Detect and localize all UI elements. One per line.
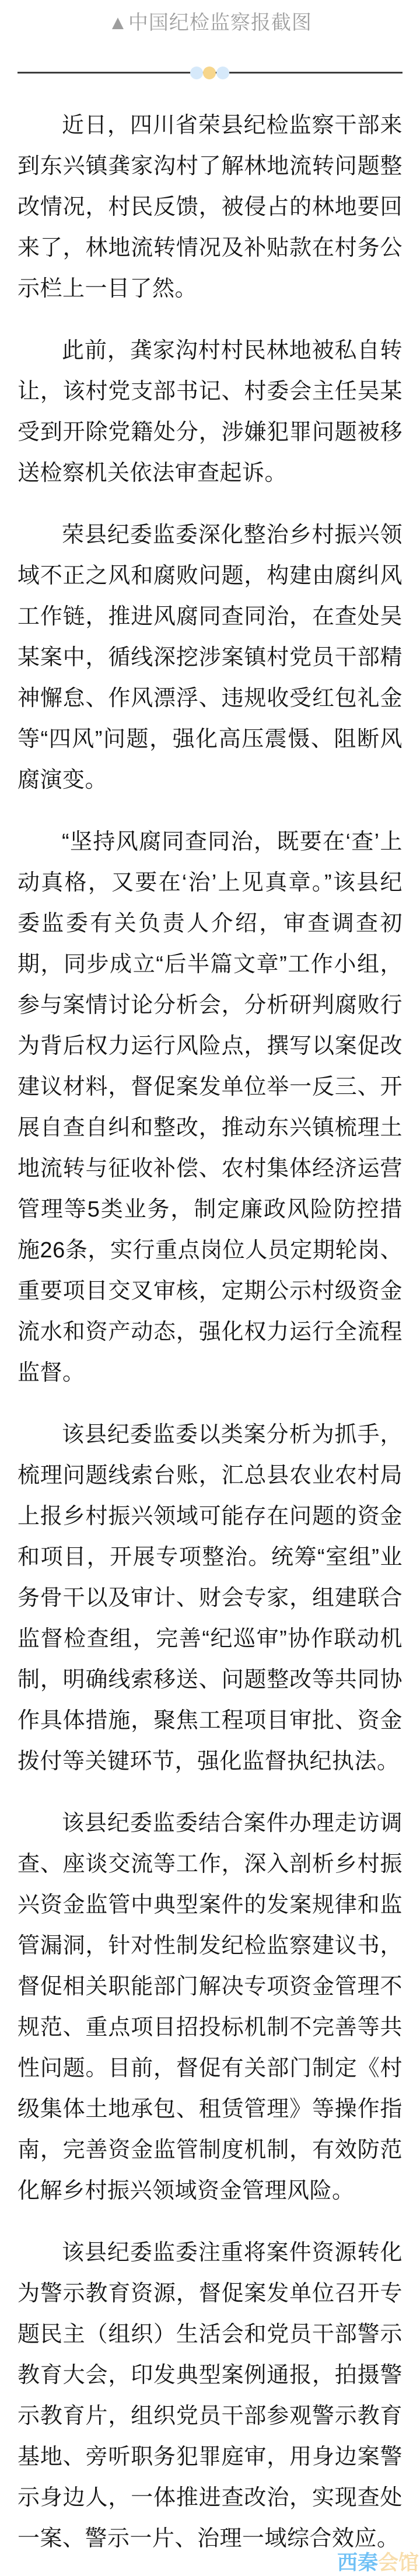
article-page: ▲中国纪检监察报截图 近日，四川省荣县纪检监察干部来到东兴镇龚家沟村了解林地流转… [0, 0, 420, 2576]
watermark-part-2: 会馆 [378, 2551, 419, 2574]
article-paragraph: “坚持风腐同查同治，既要在‘查’上动真格，又要在‘治’上见真章。”该县纪委监委有… [17, 822, 402, 1393]
article-paragraph: 该县纪委监委结合案件办理走访调查、座谈交流等工作，深入剖析乡村振兴资金监管中典型… [17, 1803, 402, 2211]
article-paragraph: 近日，四川省荣县纪检监察干部来到东兴镇龚家沟村了解林地流转问题整改情况，村民反馈… [17, 105, 402, 309]
watermark: 西秦会馆 [337, 2550, 419, 2576]
article-paragraph: 此前，龚家沟村村民林地被私自转让，该村党支部书记、村委会主任吴某受到开除党籍处分… [17, 330, 402, 494]
watermark-part-1: 西秦 [337, 2551, 378, 2574]
divider-dot-left [190, 67, 203, 79]
image-caption: ▲中国纪检监察报截图 [0, 9, 420, 36]
article-paragraph: 该县纪委监委注重将案件资源转化为警示教育资源，督促案发单位召开专题民主（组织）生… [17, 2232, 402, 2559]
article-body: 近日，四川省荣县纪检监察干部来到东兴镇龚家沟村了解林地流转问题整改情况，村民反馈… [17, 105, 402, 2559]
section-divider [17, 65, 402, 81]
article-paragraph: 荣县纪委监委深化整治乡村振兴领域不正之风和腐败问题，构建由腐纠风工作链，推进风腐… [17, 515, 402, 801]
article-paragraph: 该县纪委监委以类案分析为抓手，梳理问题线索台账，汇总县农业农村局上报乡村振兴领域… [17, 1414, 402, 1782]
divider-dot-right [216, 67, 229, 79]
divider-dot-center [203, 67, 216, 79]
